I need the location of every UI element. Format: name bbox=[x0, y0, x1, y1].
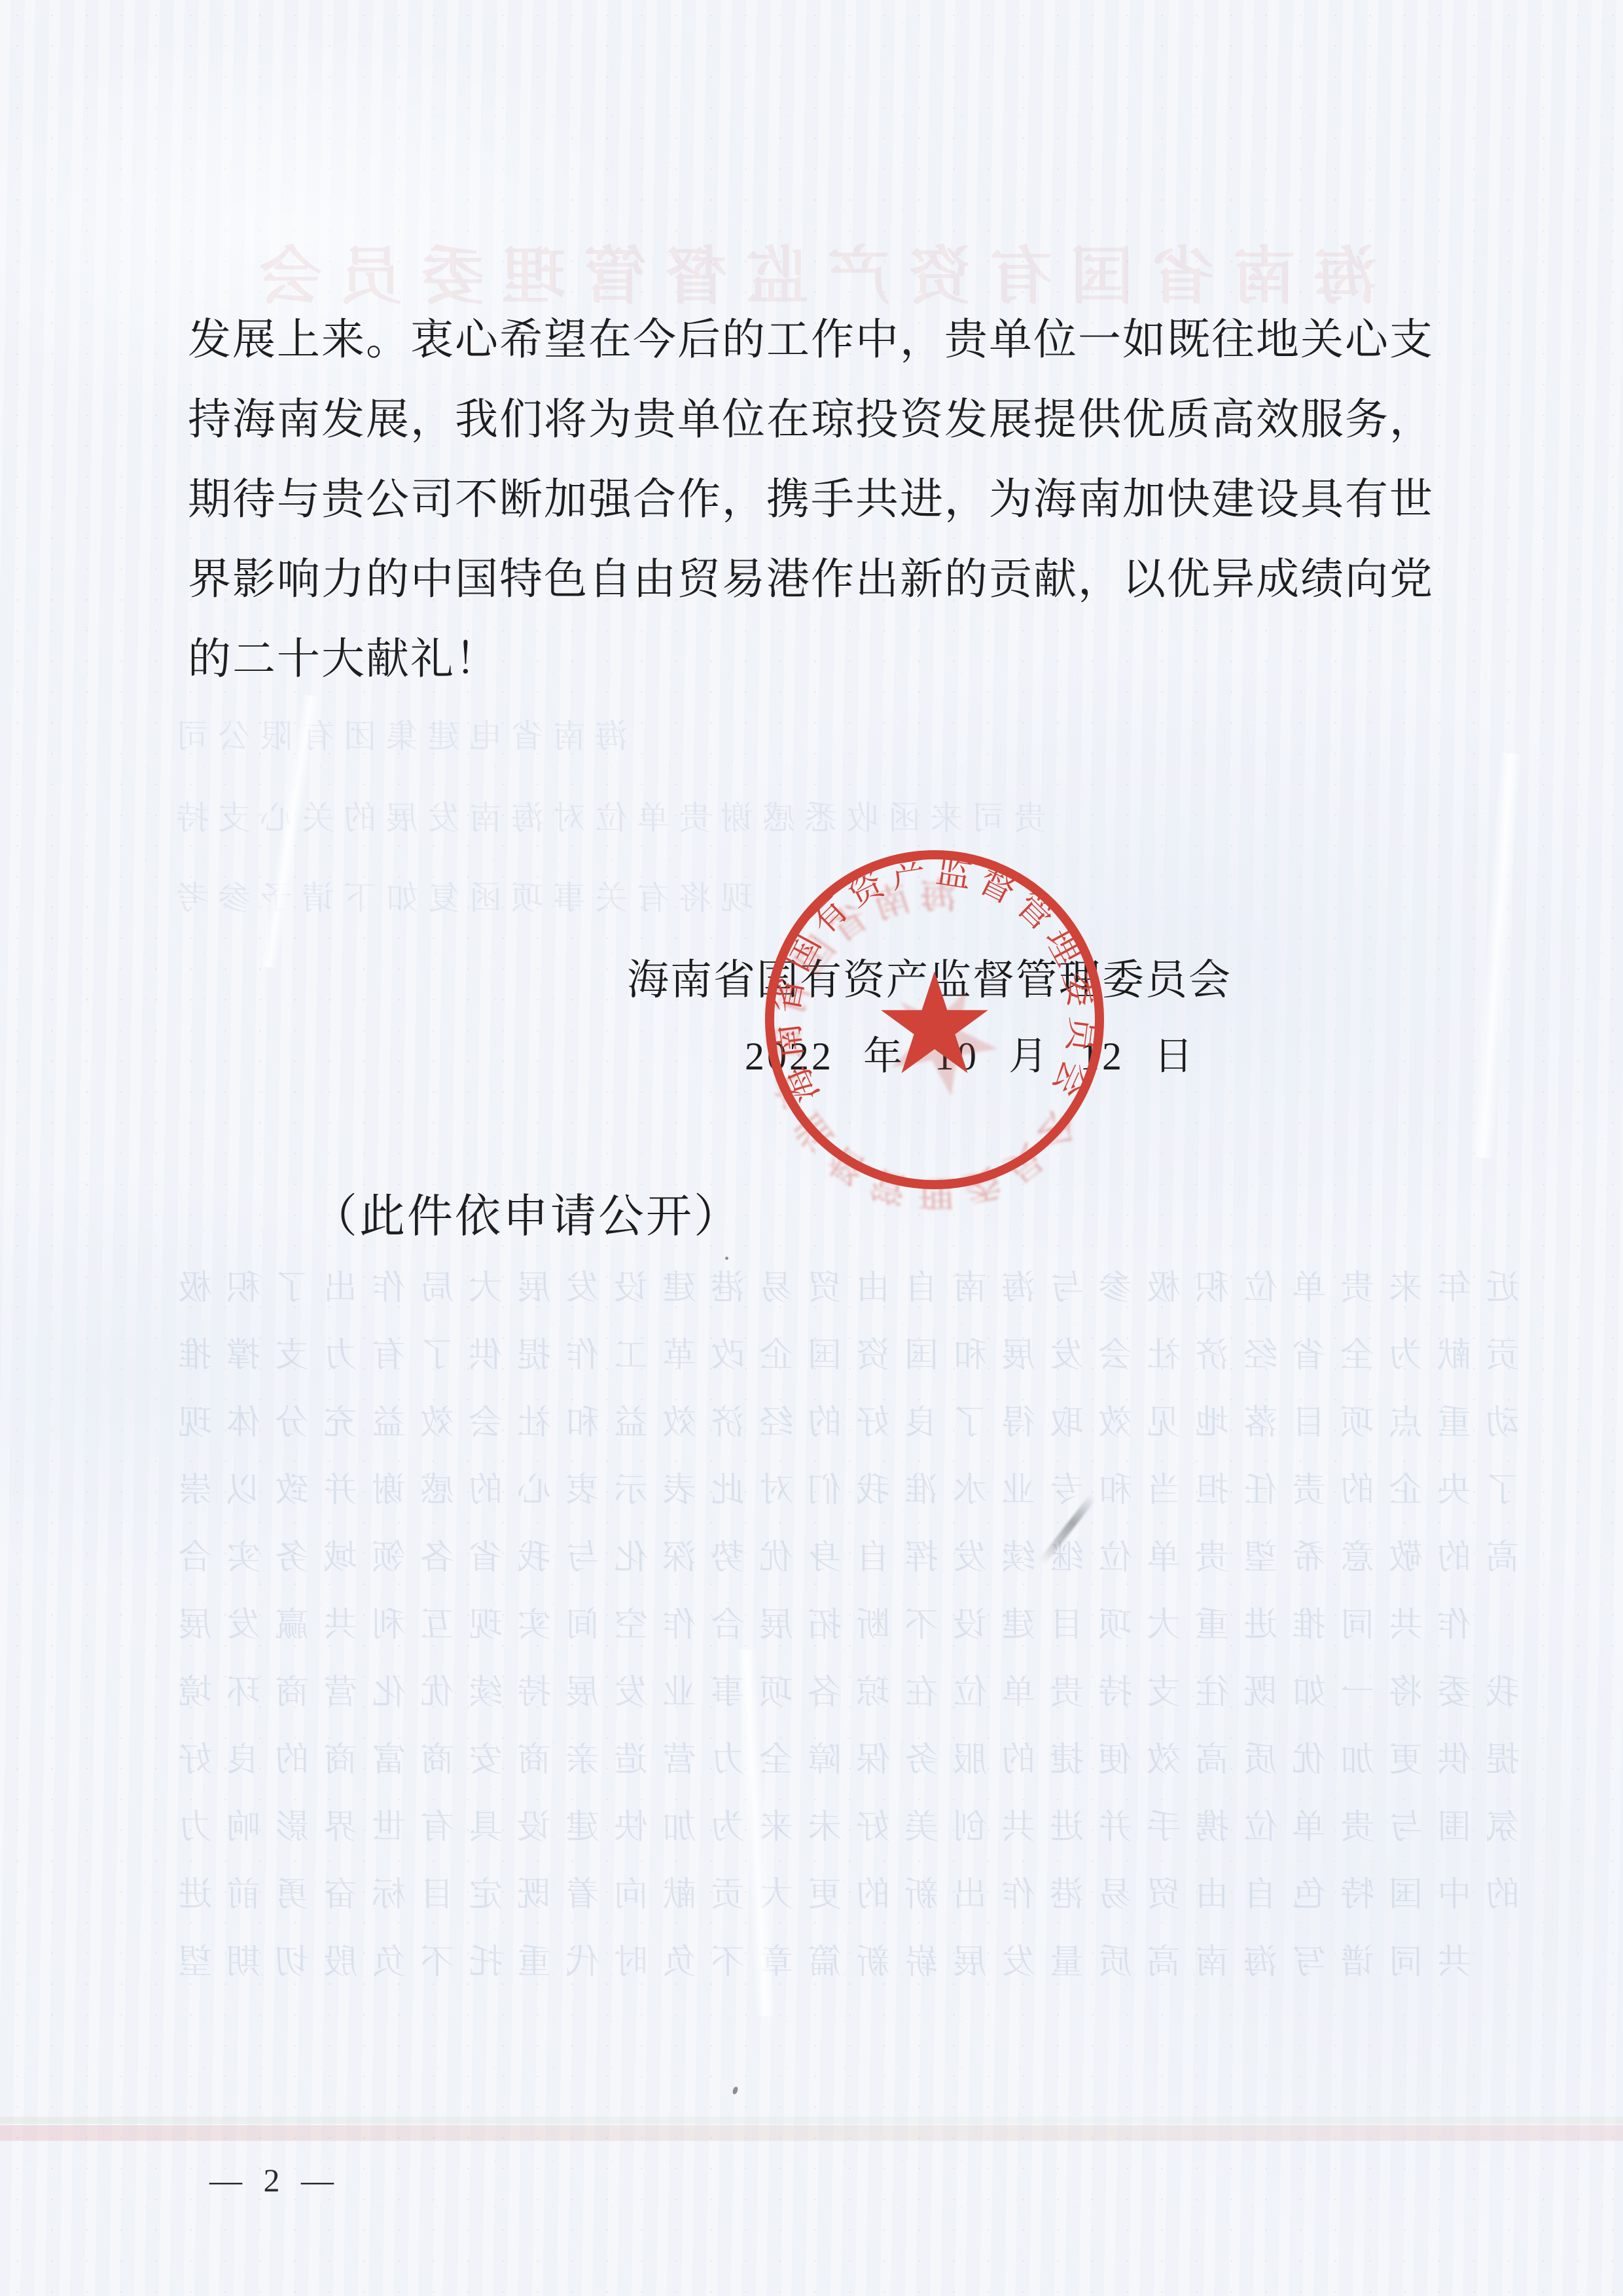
paper-crease bbox=[1471, 753, 1522, 1159]
bleed-line: 的中国特色自由贸易港作出新的更大贡献向着既定目标奋勇前进 bbox=[164, 1867, 1520, 1916]
letter-body: 发展上来。衷心希望在今后的工作中，贵单位一如既往地关心支 持海南发展，我们将为贵… bbox=[188, 300, 1438, 700]
bleed-line: 动重点项目落地见效取得了良好的经济效益和社会效益充分体现 bbox=[164, 1395, 1520, 1444]
bleed-line: 近年来贵单位积极参与海南自由贸易港建设发展大局作出了积极 bbox=[164, 1260, 1520, 1309]
paper-speck bbox=[732, 2086, 739, 2095]
bleed-line: 我委将一如既往支持贵单位在琼各项事业发展持续优化营商环境 bbox=[164, 1664, 1520, 1713]
body-line: 的二十大献礼！ bbox=[188, 620, 1438, 700]
scanned-letter-page: 海南省国有资产监督管理委员会 海南省电建集团有限公司 贵司来函收悉感谢贵单位对海… bbox=[0, 0, 1623, 2296]
bleed-line: 共同谱写海南高质量发展崭新篇章不负时代重托不负殷切期望 bbox=[164, 1934, 1471, 1983]
paper-crease bbox=[260, 694, 319, 969]
body-line: 持海南发展，我们将为贵单位在琼投资发展提供优质高效服务， bbox=[188, 380, 1438, 460]
paper-speck bbox=[547, 421, 550, 426]
ink-smudge bbox=[1038, 1494, 1096, 1566]
scanner-band bbox=[0, 2125, 1623, 2141]
body-line: 界影响力的中国特色自由贸易港作出新的贡献，以优异成绩向党 bbox=[188, 540, 1438, 620]
body-line: 发展上来。衷心希望在今后的工作中，贵单位一如既往地关心支 bbox=[188, 300, 1438, 380]
bleed-line: 氛围与贵单位携手并进共创美好未来为加快建设具有世界影响力 bbox=[164, 1799, 1520, 1848]
body-line: 期待与贵公司不断加强合作，携手共进，为海南加快建设具有世 bbox=[188, 460, 1438, 540]
scanner-band bbox=[0, 2117, 1623, 2124]
bleed-line: 作共同推进重大项目建设不断拓展合作空间实现互利共赢发展 bbox=[164, 1597, 1471, 1646]
paper-crease bbox=[736, 1649, 775, 2017]
page-number: — 2 — bbox=[209, 2161, 340, 2199]
bleed-line: 海南省电建集团有限公司 bbox=[167, 710, 628, 757]
bleed-line: 高的敬意希望贵单位继续发挥自身优势深化与我省各领域务实合 bbox=[164, 1530, 1520, 1579]
paper-speck bbox=[725, 1257, 728, 1260]
bleed-line: 贡献为全省经济社会发展和国资国企改革工作提供了有力支撑推 bbox=[164, 1327, 1520, 1376]
bleed-line: 了央企的责任担当和专业水准我们对此表示衷心的感谢并致以崇 bbox=[164, 1462, 1520, 1511]
bleed-line: 提供更加优质高效便捷的服务保障全力营造亲商安商富商的良好 bbox=[164, 1732, 1520, 1781]
bleed-line: 现将有关事项函复如下请予参考 bbox=[167, 872, 753, 919]
official-seal: 海南省国有资产监督管理委员会 海南省国有资产监督管理委员会 bbox=[738, 823, 1131, 1216]
disclosure-note: （此件依申请公开） bbox=[312, 1179, 741, 1246]
